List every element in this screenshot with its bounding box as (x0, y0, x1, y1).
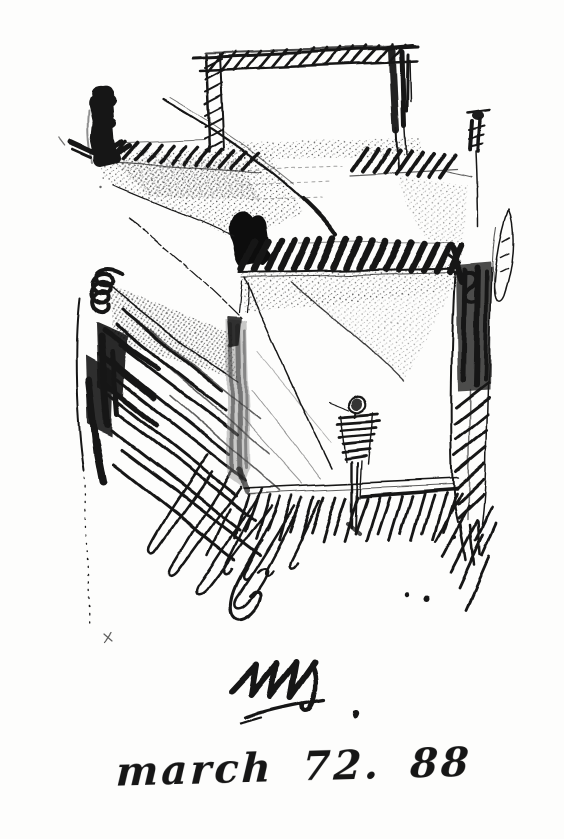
artist-signature-scribble (232, 662, 358, 723)
sketch-page: march 72. 88 (0, 0, 564, 839)
loop-scribbles (103, 455, 295, 642)
sketch-canvas (0, 0, 564, 839)
smudge-column (225, 316, 251, 490)
date-caption: march 72. 88 (115, 739, 457, 796)
